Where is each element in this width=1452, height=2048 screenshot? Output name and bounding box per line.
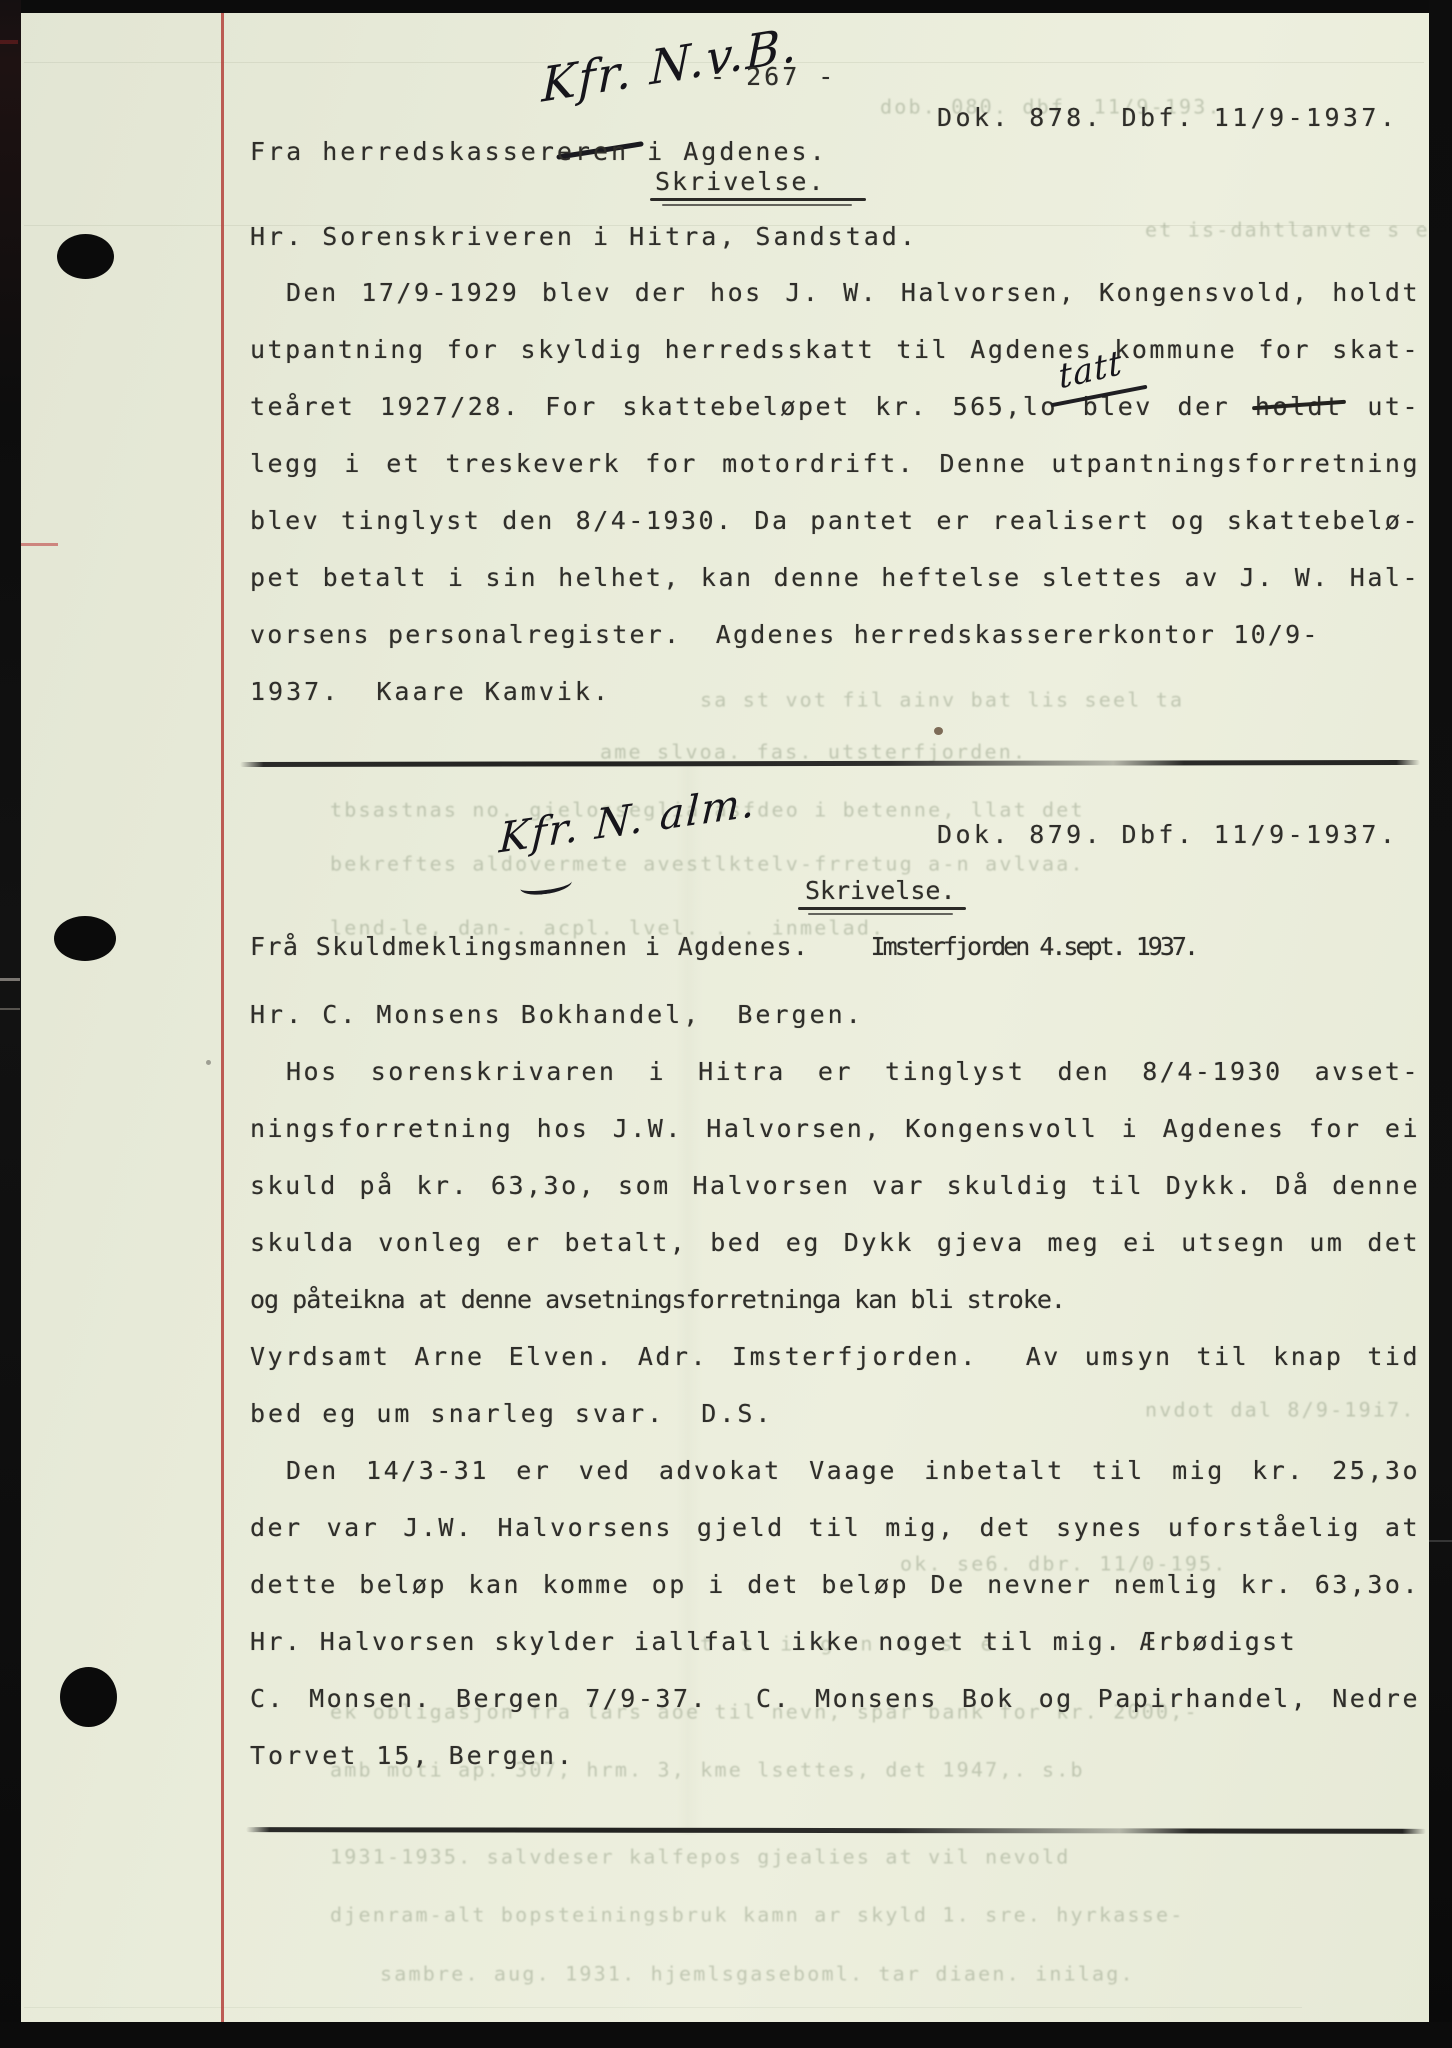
typed-line: vorsens personalregister. Agdenes herred…	[250, 620, 1320, 649]
heading-underline	[650, 198, 866, 201]
typed-line: pet betalt i sin helhet, kan denne hefte…	[250, 563, 1420, 592]
bleedthrough-text: nvdot dal 8/9-19i7. ina. sen	[1145, 1398, 1452, 1421]
typed-line: legg i et treskeverk for motordrift. Den…	[250, 449, 1420, 478]
handwriting-flourish-stroke	[519, 873, 573, 896]
struck-word: holdt	[1255, 392, 1343, 421]
typed-line: Den 17/9-1929 blev der hos J. W. Halvors…	[250, 278, 1420, 307]
bleedthrough-text: bekreftes aldovermete avestlktelv-frretu…	[330, 852, 1085, 875]
typed-line: der var J.W. Halvorsens gjeld til mig, d…	[250, 1513, 1420, 1542]
doc2-signature-line: Torvet 15, Bergen.	[250, 1741, 575, 1770]
typed-line: skuld på kr. 63,3o, som Halvorsen var sk…	[250, 1171, 1420, 1200]
handwritten-annotation-mid: Kfr. N. alm.	[498, 778, 758, 863]
typed-line: Hos sorenskrivaren i Hitra er tinglyst d…	[250, 1057, 1420, 1086]
ink-speck	[934, 727, 943, 735]
typed-text: ut-	[1343, 392, 1420, 421]
scan-edge-left	[0, 0, 21, 2048]
scan-edge-bottom	[0, 2022, 1452, 2048]
typed-line: og påteikna at denne avsetningsforretnin…	[250, 1285, 1065, 1314]
scan-edge-streak	[0, 1008, 20, 1010]
section-divider-line	[246, 1827, 1426, 1834]
typed-line: C. Monsen. Bergen 7/9-37. C. Monsens Bok…	[250, 1684, 1420, 1713]
scan-edge-top	[0, 0, 1452, 13]
section-divider-line	[240, 760, 1420, 767]
typed-line: utpantning for skyldig herredsskatt til …	[250, 335, 1420, 364]
heading-underline	[798, 907, 966, 910]
typed-line: Den 14/3-31 er ved advokat Vaage inbetal…	[250, 1456, 1420, 1485]
page-number: - 267 -	[710, 62, 836, 91]
typed-line: skulda vonleg er betalt, bed eg Dykk gje…	[250, 1228, 1420, 1257]
typed-line: Hr. Halvorsen skylder iallfall ikke noge…	[250, 1627, 1297, 1656]
binder-hole	[60, 1667, 117, 1727]
heading-underline-second	[808, 913, 953, 915]
typed-line: dette beløp kan komme op i det beløp De …	[250, 1570, 1420, 1599]
doc2-reference-line: Dok. 879. Dbf. 11/9-1937.	[937, 820, 1398, 849]
doc1-heading: Skrivelse.	[655, 167, 826, 196]
typed-line: Vyrdsamt Arne Elven. Adr. Imsterfjorden.…	[250, 1342, 1420, 1371]
typed-line: bed eg um snarleg svar. D.S.	[250, 1399, 774, 1428]
doc2-sender-dateline: Frå Skuldmeklingsmannen i Agdenes.Imster…	[250, 932, 1196, 961]
scan-edge-streak	[0, 978, 20, 981]
bleedthrough-text: 1931-1935. salvdeser kalfepos gjealies a…	[330, 1845, 1071, 1868]
bleedthrough-text: sa st vot fil ainv bat lis seel ta	[700, 688, 1184, 711]
ink-speck	[206, 1060, 211, 1065]
typed-line-with-correction: teåret 1927/28. For skattebeløpet kr. 56…	[250, 392, 1420, 421]
doc1-sender-line: Fra herredskassereren i Agdenes.	[250, 137, 828, 166]
typed-line: blev tinglyst den 8/4-1930. Da pantet er…	[250, 506, 1420, 535]
scan-edge-right	[1429, 0, 1452, 2048]
scan-artifact-line	[24, 2007, 1302, 2008]
doc2-heading: Skrivelse.	[805, 876, 956, 905]
red-margin-line	[221, 13, 224, 2023]
bleedthrough-text: djenram-alt bopsteiningsbruk kamn ar sky…	[330, 1903, 1184, 1926]
bleedthrough-text: et is-dahtlanvte s el	[1145, 218, 1444, 241]
doc1-reference-line: Dok. 878. Dbf. 11/9-1937.	[937, 103, 1398, 132]
doc2-dateline: Imsterfjorden 4.sept. 1937.	[871, 932, 1196, 961]
doc1-recipient-line: Hr. Sorenskriveren i Hitra, Sandstad.	[250, 222, 918, 251]
heading-underline-second	[662, 204, 852, 206]
bleedthrough-text: sambre. aug. 1931. hjemlsgaseboml. tar d…	[380, 1962, 1135, 1985]
typed-line: ningsforretning hos J.W. Halvorsen, Kong…	[250, 1114, 1420, 1143]
scanned-register-page: dob. 080. dbf. 11/9-193. et is-dahtlanvt…	[0, 0, 1452, 2048]
doc2-recipient-line: Hr. C. Monsens Bokhandel, Bergen.	[250, 1000, 864, 1029]
binder-hole	[57, 234, 114, 279]
scan-edge-streak	[0, 40, 18, 44]
binder-hole	[54, 916, 116, 961]
scan-edge-streak	[1429, 1540, 1452, 1542]
doc2-sender: Frå Skuldmeklingsmannen i Agdenes.	[250, 932, 809, 961]
doc1-signature-line: 1937. Kaare Kamvik.	[250, 677, 611, 706]
